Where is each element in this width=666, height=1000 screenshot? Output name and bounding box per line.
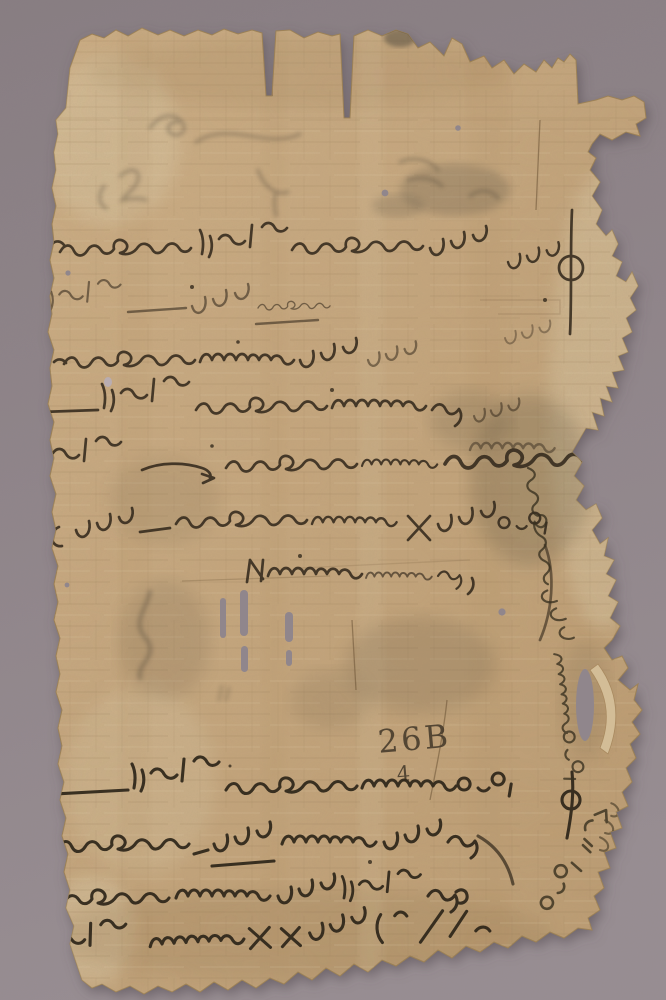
catalog-number: 26B (376, 717, 452, 761)
papyrus-photograph: 26B 4 (0, 0, 666, 1000)
sheet-texture (30, 20, 666, 1000)
papyrus-sheet (30, 20, 666, 1000)
papyrus-photo-canvas: 26B 4 (0, 0, 666, 1000)
